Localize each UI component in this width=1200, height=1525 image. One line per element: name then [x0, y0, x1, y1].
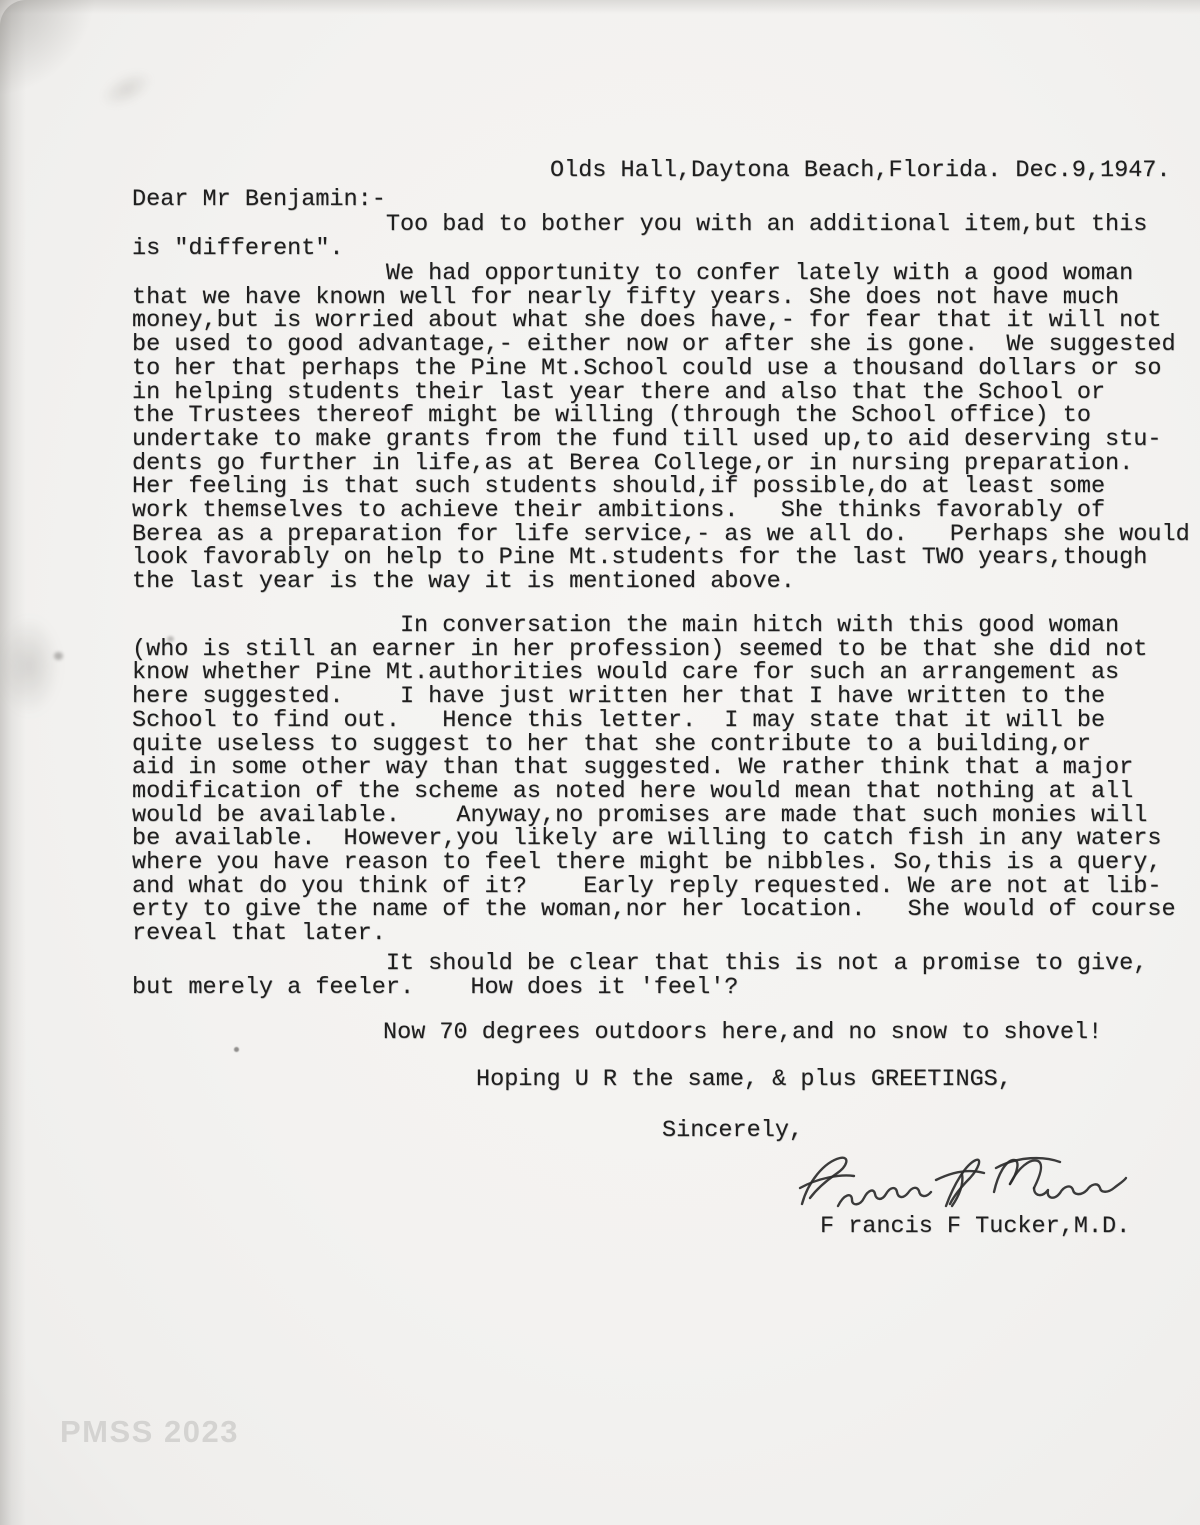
dateline: Olds Hall,Daytona Beach,Florida. Dec.9,1… — [550, 159, 1171, 183]
watermark: PMSS 2023 — [60, 1414, 239, 1450]
scan-top-shadow — [0, 0, 1200, 14]
weather-line: Now 70 degrees outdoors here,and no snow… — [383, 1021, 1102, 1045]
valediction: Sincerely, — [662, 1119, 803, 1143]
paragraph-query: In conversation the main hitch with this… — [132, 614, 1176, 946]
scan-speck — [234, 1047, 239, 1052]
scan-smudge — [0, 596, 72, 736]
paragraph-proposal: We had opportunity to confer lately with… — [132, 262, 1190, 594]
paragraph-feeler: It should be clear that this is not a pr… — [132, 952, 1147, 999]
greeting-line: Hoping U R the same, & plus GREETINGS, — [476, 1068, 1012, 1092]
scan-left-shadow — [0, 0, 26, 1525]
salutation: Dear Mr Benjamin:- — [132, 188, 386, 212]
paragraph-intro: Too bad to bother you with an additional… — [132, 213, 1147, 260]
scan-speck — [54, 652, 63, 660]
signature-handwriting — [798, 1150, 1128, 1222]
typed-signature-name: F rancis F Tucker,M.D. — [820, 1215, 1130, 1239]
letter-page: Olds Hall,Daytona Beach,Florida. Dec.9,1… — [0, 0, 1200, 1525]
